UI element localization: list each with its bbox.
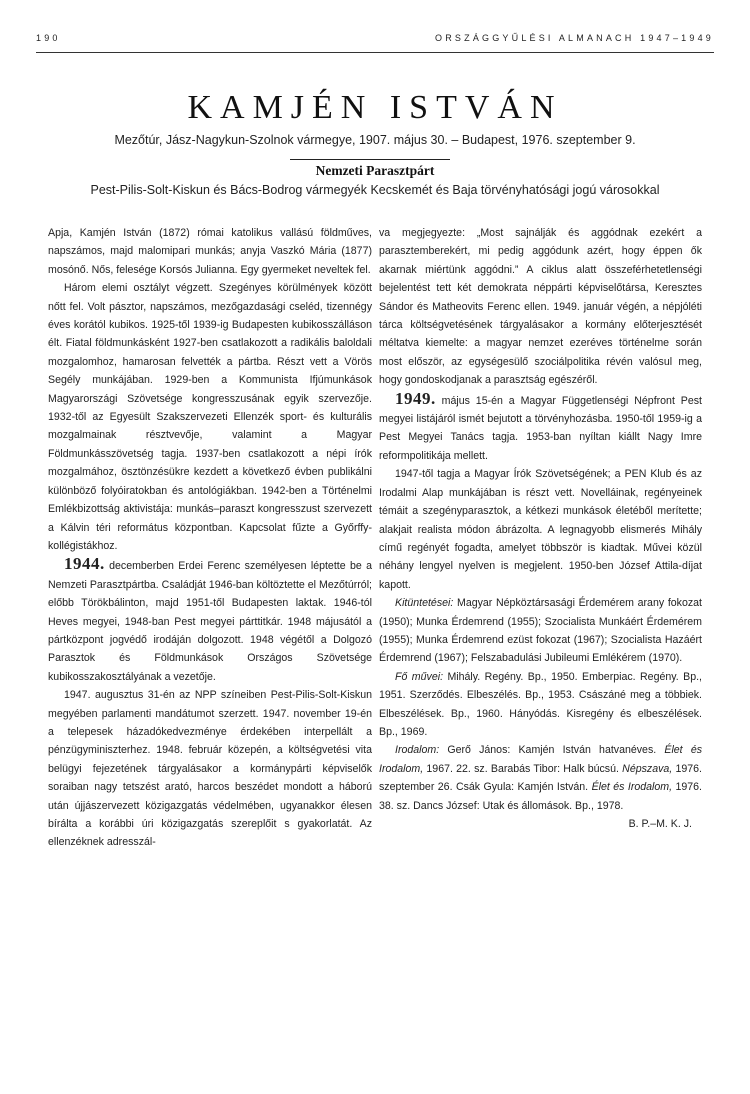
literature-label: Irodalom: bbox=[395, 744, 439, 756]
header-rule bbox=[36, 52, 714, 53]
paragraph-literature: Irodalom: Gerő János: Kamjén István hatv… bbox=[379, 741, 702, 815]
column-right: va megjegyezte: „Most sajnálják és aggód… bbox=[379, 224, 702, 833]
paragraph-works: Fő művei: Mihály. Regény. Bp., 1950. Emb… bbox=[379, 668, 702, 742]
paragraph-parliament-cont: va megjegyezte: „Most sajnálják és aggód… bbox=[379, 224, 702, 390]
year-marker-1949: 1949. bbox=[395, 389, 436, 408]
electoral-district: Pest-Pilis-Solt-Kiskun és Bács-Bodrog vá… bbox=[0, 183, 750, 197]
separator-rule bbox=[290, 159, 450, 160]
party-name: Nemzeti Parasztpárt bbox=[0, 163, 750, 179]
paragraph-parliament: 1947. augusztus 31-én az NPP színeiben P… bbox=[48, 686, 372, 852]
paragraph-literary: 1947-től tagja a Magyar Írók Szövetségén… bbox=[379, 465, 702, 594]
paragraph-1944: 1944. decemberben Erdei Ferenc személyes… bbox=[48, 555, 372, 686]
column-left: Apja, Kamjén István (1872) római katolik… bbox=[48, 224, 372, 852]
running-title: ORSZÁGGYŰLÉSI ALMANACH 1947–1949 bbox=[435, 33, 714, 43]
paragraph-1949: 1949. május 15-én a Magyar Függetlenségi… bbox=[379, 390, 702, 466]
paragraph-family: Apja, Kamjén István (1872) római katolik… bbox=[48, 224, 372, 279]
page-number: 190 bbox=[36, 33, 61, 43]
paragraph-awards: Kitüntetései: Magyar Népköztársasági Érd… bbox=[379, 594, 702, 668]
running-head: 190 ORSZÁGGYŰLÉSI ALMANACH 1947–1949 bbox=[36, 33, 714, 47]
works-label: Fő művei: bbox=[395, 671, 443, 683]
awards-label: Kitüntetései: bbox=[395, 597, 453, 609]
paragraph-early-life: Három elemi osztályt végzett. Szegényes … bbox=[48, 279, 372, 555]
birth-death-line: Mezőtúr, Jász-Nagykun-Szolnok vármegye, … bbox=[0, 133, 750, 147]
author-signature: B. P.–M. K. J. bbox=[379, 815, 702, 833]
entry-name: KAMJÉN ISTVÁN bbox=[0, 88, 750, 128]
year-marker-1944: 1944. bbox=[64, 554, 105, 573]
